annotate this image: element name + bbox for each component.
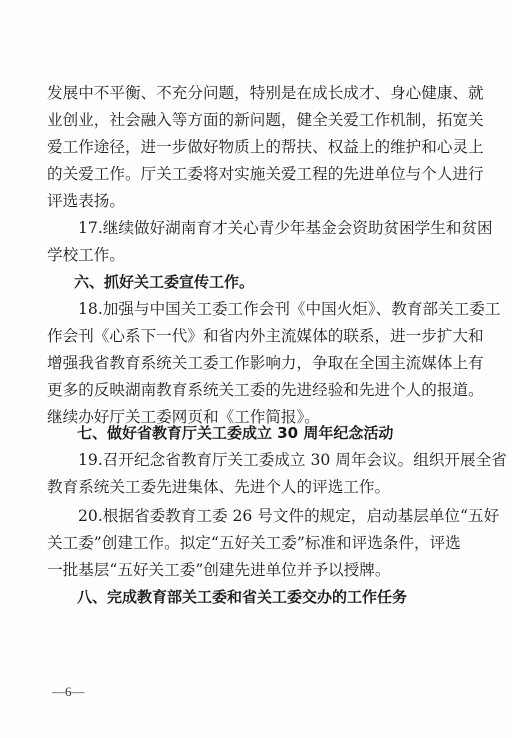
paragraph-line: 评选表扬。	[47, 188, 447, 215]
paragraph-line: 爱工作途径，进一步做好物质上的帮扶、权益上的维护和心灵上	[47, 134, 447, 161]
item-18-line: 18.加强与中国关工委工作会刊《中国火炬》、教育部关工委工	[78, 296, 447, 323]
section-heading-6: 六、抓好关工委宣传工作。	[74, 269, 254, 296]
paragraph-line: 发展中不平衡、不充分问题，特别是在成长成才、身心健康、就	[47, 80, 447, 107]
item-17-line: 17.继续做好湖南育才关心青少年基金会资助贫困学生和贫困	[78, 215, 447, 242]
item-20-line: 关工委”创建工作。拟定“五好关工委”标准和评选条件，评选	[47, 530, 447, 557]
paragraph-line: 业创业，社会融入等方面的新问题，健全关爱工作机制，拓宽关	[47, 107, 447, 134]
page-number: —6—	[52, 684, 85, 700]
section-heading-8: 八、完成教育部关工委和省关工委交办的工作任务	[77, 584, 407, 611]
paragraph-line: 的关爱工作。厅关工委将对实施关爱工程的先进单位与个人进行	[47, 161, 447, 188]
item-20-line: 一批基层“五好关工委”创建先进单位并予以授牌。	[47, 557, 447, 584]
document-page: 发展中不平衡、不充分问题，特别是在成长成才、身心健康、就 业创业，社会融入等方面…	[0, 0, 512, 738]
item-19-line: 教育系统关工委先进集体、先进个人的评选工作。	[47, 474, 447, 501]
item-20-line: 20.根据省委教育工委 26 号文件的规定，启动基层单位“五好	[78, 503, 447, 530]
item-18-line: 增强我省教育系统关工委工作影响力，争取在全国主流媒体上有	[47, 350, 447, 377]
section-heading-7: 七、做好省教育厅关工委成立 30 周年纪念活动	[77, 420, 393, 447]
item-18-line: 更多的反映湖南教育系统关工委的先进经验和先进个人的报道。	[47, 377, 447, 404]
item-18-line: 作会刊《心系下一代》和省内外主流媒体的联系，进一步扩大和	[47, 323, 447, 350]
item-19-line: 19.召开纪念省教育厅关工委成立 30 周年会议。组织开展全省	[78, 447, 447, 474]
item-17-line: 学校工作。	[47, 242, 447, 269]
